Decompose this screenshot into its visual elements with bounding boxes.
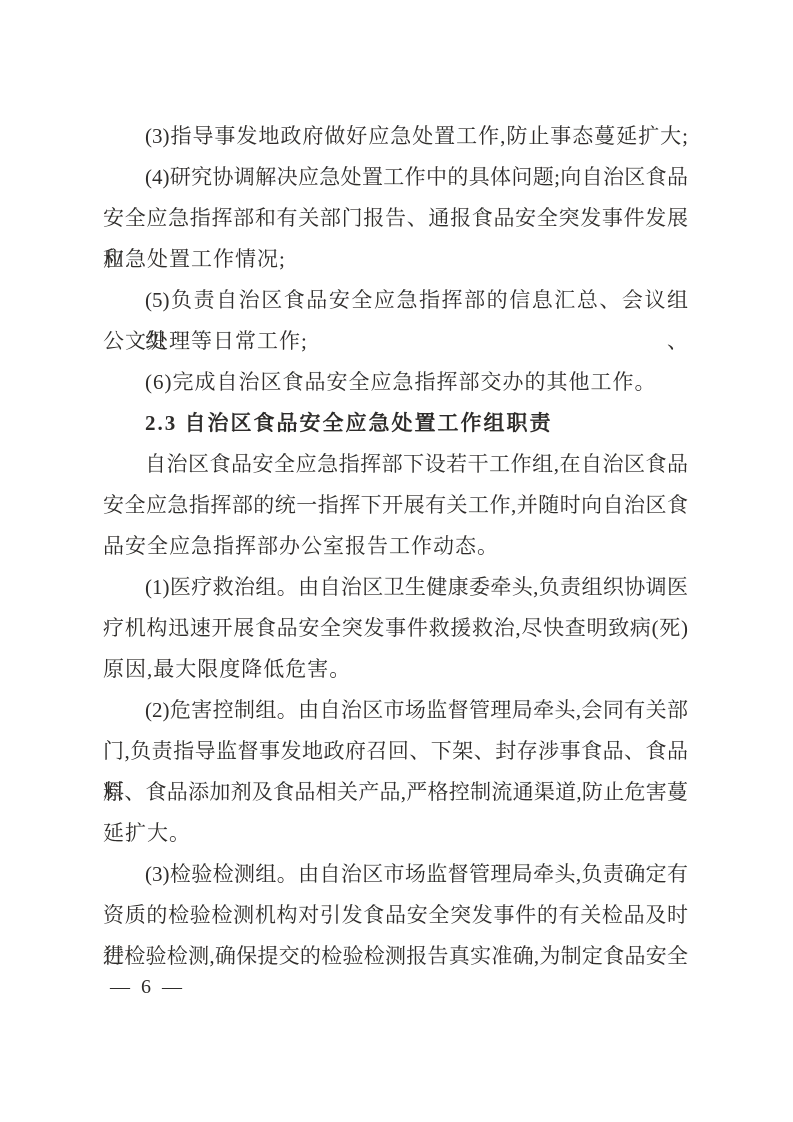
text-line: 安全应急指挥部和有关部门报告、通报食品安全突发事件发展和	[103, 198, 688, 239]
text-line: (2)危害控制组。由自治区市场监督管理局牵头,会同有关部	[103, 690, 688, 731]
text-line: 原因,最大限度降低危害。	[103, 649, 688, 690]
text-line: 安全应急指挥部的统一指挥下开展有关工作,并随时向自治区食	[103, 485, 688, 526]
page-number: — 6 —	[110, 972, 185, 1002]
text-line: (3)指导事发地政府做好应急处置工作,防止事态蔓延扩大;	[103, 116, 688, 157]
text-line: (5)负责自治区食品安全应急指挥部的信息汇总、会议组织、	[103, 280, 688, 321]
text-line: 行检验检测,确保提交的检验检测报告真实准确,为制定食品安全	[103, 936, 688, 977]
text-line: 延扩大。	[103, 813, 688, 854]
text-line: 疗机构迅速开展食品安全突发事件救援救治,尽快查明致病(死)	[103, 608, 688, 649]
text-line: 门,负责指导监督事发地政府召回、下架、封存涉事食品、食品原	[103, 731, 688, 772]
text-line: 自治区食品安全应急指挥部下设若干工作组,在自治区食品	[103, 444, 688, 485]
text-line: 应急处置工作情况;	[103, 239, 688, 280]
text-line: (6)完成自治区食品安全应急指挥部交办的其他工作。	[103, 362, 688, 403]
text-line: (3)检验检测组。由自治区市场监督管理局牵头,负责确定有	[103, 854, 688, 895]
text-line: 料、食品添加剂及食品相关产品,严格控制流通渠道,防止危害蔓	[103, 772, 688, 813]
document-page: (3)指导事发地政府做好应急处置工作,防止事态蔓延扩大;(4)研究协调解决应急处…	[0, 0, 793, 1122]
document-content: (3)指导事发地政府做好应急处置工作,防止事态蔓延扩大;(4)研究协调解决应急处…	[103, 116, 688, 977]
text-line: 资质的检验检测机构对引发食品安全突发事件的有关检品及时进	[103, 895, 688, 936]
section-heading: 2.3 自治区食品安全应急处置工作组职责	[103, 403, 688, 444]
text-line: 品安全应急指挥部办公室报告工作动态。	[103, 526, 688, 567]
text-line: (1)医疗救治组。由自治区卫生健康委牵头,负责组织协调医	[103, 567, 688, 608]
text-line: (4)研究协调解决应急处置工作中的具体问题;向自治区食品	[103, 157, 688, 198]
